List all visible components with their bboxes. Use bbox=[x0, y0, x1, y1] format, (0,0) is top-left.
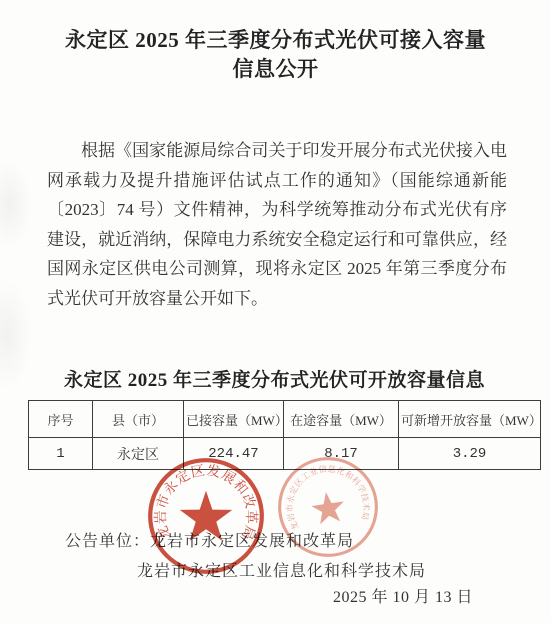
page-title-line2: 信息公开 bbox=[38, 55, 513, 84]
star-icon bbox=[310, 490, 347, 525]
cell-connected: 224.47 bbox=[184, 438, 284, 470]
cell-county: 永定区 bbox=[93, 438, 184, 470]
page-title-line1: 永定区 2025 年三季度分布式光伏可接入容量 bbox=[38, 26, 513, 55]
announcer-line-2: 龙岩市永定区工业信息化和科学技术局 bbox=[137, 558, 426, 581]
table-row: 1 永定区 224.47 8.17 3.29 bbox=[29, 438, 541, 470]
col-header-connected: 已接容量（MW） bbox=[184, 401, 284, 438]
capacity-table: 序号 县（市） 已接容量（MW） 在途容量（MW） 可新增开放容量（MW） 1 … bbox=[28, 400, 541, 470]
table-title: 永定区 2025 年三季度分布式光伏可开放容量信息 bbox=[28, 365, 521, 392]
scan-artifact bbox=[0, 160, 32, 250]
cell-index: 1 bbox=[29, 438, 93, 470]
announcer-label: 公告单位： bbox=[65, 533, 150, 550]
seal-ring bbox=[150, 460, 262, 572]
cell-in-transit: 8.17 bbox=[284, 438, 399, 470]
announcer-org-1: 龙岩市永定区发展和改革局 bbox=[150, 533, 354, 550]
document-page: 永定区 2025 年三季度分布式光伏可接入容量 信息公开 根据《国家能源局综合司… bbox=[0, 0, 551, 623]
publication-date: 2025 年 10 月 13 日 bbox=[333, 584, 473, 607]
col-header-index: 序号 bbox=[29, 401, 93, 438]
cell-new-capacity: 3.29 bbox=[399, 438, 541, 470]
col-header-in-transit: 在途容量（MW） bbox=[284, 401, 399, 438]
col-header-county: 县（市） bbox=[93, 401, 184, 438]
announcer-org-2: 龙岩市永定区工业信息化和科学技术局 bbox=[137, 563, 426, 580]
col-header-new-capacity: 可新增开放容量（MW） bbox=[399, 401, 541, 438]
table-header-row: 序号 县（市） 已接容量（MW） 在途容量（MW） 可新增开放容量（MW） bbox=[29, 401, 541, 438]
body-paragraph: 根据《国家能源局综合司关于印发开展分布式光伏接入电网承载力及提升措施评估试点工作… bbox=[47, 136, 507, 313]
page-title: 永定区 2025 年三季度分布式光伏可接入容量 信息公开 bbox=[38, 26, 513, 84]
announcer-line-1: 公告单位：龙岩市永定区发展和改革局 bbox=[65, 528, 354, 551]
